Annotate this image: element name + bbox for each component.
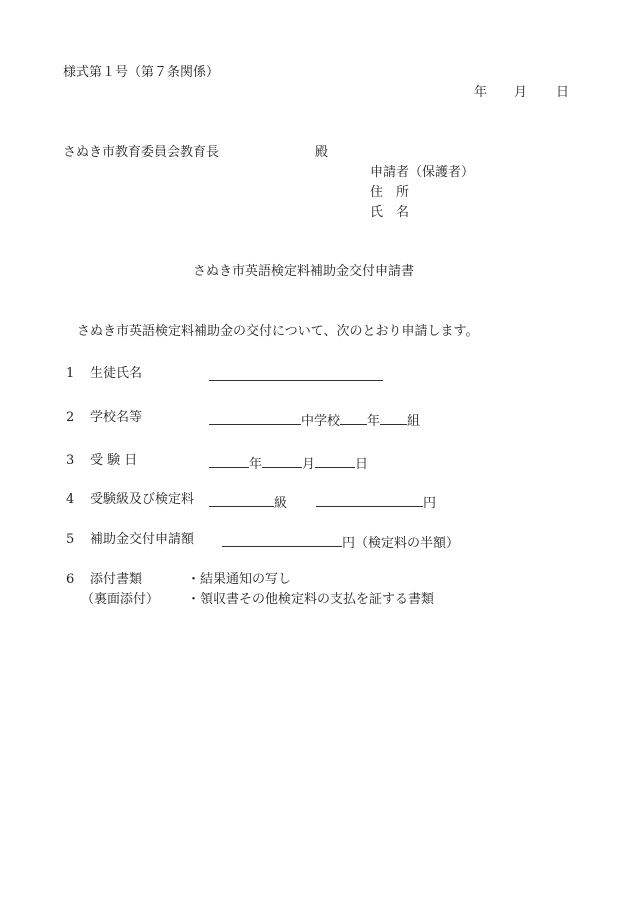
item-4-number: 4 [66, 492, 74, 508]
document-title: さぬき市英語検定料補助金交付申請書 [193, 264, 414, 280]
item-2-number: 2 [66, 410, 74, 426]
form-number: 様式第１号（第７条関係） [63, 65, 219, 81]
exam-year-suffix: 年 [249, 457, 262, 472]
exam-day-suffix: 日 [355, 457, 368, 472]
subsidy-amount-line[interactable] [222, 532, 342, 547]
item-6-sublabel: （裏面添付） [81, 592, 159, 608]
item-4-field-grade: 級 [209, 492, 287, 512]
exam-grade-line[interactable] [209, 492, 274, 507]
item-1-field[interactable] [209, 366, 383, 386]
applicant-address-label: 住 所 [370, 185, 409, 201]
item-2-field: 中学校年組 [209, 410, 420, 430]
exam-year-line[interactable] [209, 453, 249, 468]
exam-month-suffix: 月 [302, 457, 315, 472]
item-5-field: 円（検定料の半額） [222, 532, 459, 552]
date-month-label: 月 [514, 85, 527, 101]
school-suffix: 中学校 [301, 414, 340, 429]
grade-suffix: 級 [274, 496, 287, 511]
attachment-2: ・領収書その他検定料の支払を証する書類 [187, 592, 434, 608]
item-5-number: 5 [66, 532, 74, 548]
subsidy-suffix: 円（検定料の半額） [342, 536, 459, 551]
addressee-honorific: 殿 [315, 145, 328, 161]
item-4-label: 受験級及び検定料 [90, 492, 194, 508]
item-3-label: 受 験 日 [90, 453, 137, 469]
school-name-line[interactable] [209, 410, 301, 425]
class-suffix: 組 [407, 414, 420, 429]
applicant-name-label: 氏 名 [370, 205, 409, 221]
item-1-number: 1 [66, 366, 74, 382]
exam-fee-line[interactable] [316, 492, 423, 507]
item-1-label: 生徒氏名 [90, 366, 142, 382]
date-year-label: 年 [474, 85, 487, 101]
exam-month-line[interactable] [262, 453, 302, 468]
item-3-field: 年月日 [209, 453, 368, 473]
applicant-title: 申請者（保護者） [370, 165, 474, 181]
item-5-label: 補助金交付申請額 [90, 532, 194, 548]
attachment-1: ・結果通知の写し [187, 572, 291, 588]
intro-text: さぬき市英語検定料補助金の交付について、次のとおり申請します。 [77, 324, 478, 340]
student-name-line[interactable] [209, 366, 383, 381]
addressee-name: さぬき市教育委員会教育長 [63, 145, 219, 161]
item-4-field-fee: 円 [316, 492, 436, 512]
grade-year-line[interactable] [340, 410, 367, 425]
item-3-number: 3 [66, 453, 74, 469]
year-suffix: 年 [367, 414, 380, 429]
item-2-label: 学校名等 [90, 410, 142, 426]
exam-day-line[interactable] [315, 453, 355, 468]
date-day-label: 日 [556, 85, 569, 101]
class-line[interactable] [380, 410, 407, 425]
item-6-number: 6 [66, 572, 74, 588]
item-6-label: 添付書類 [90, 572, 142, 588]
fee-suffix: 円 [423, 496, 436, 511]
